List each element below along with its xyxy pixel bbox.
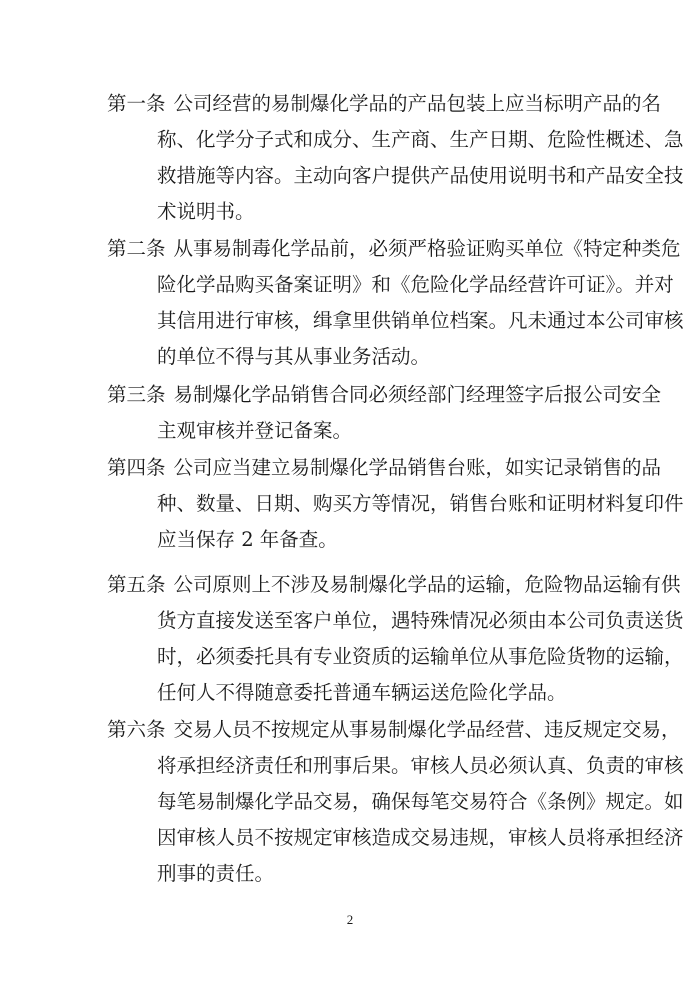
article-label: 第三条 xyxy=(107,377,166,413)
article-text-line: 因审核人员不按规定审核造成交易违规，审核人员将承担经济 xyxy=(157,820,592,856)
article-text-line: 任何人不得随意委托普通车辆运送危险化学品。 xyxy=(157,675,592,711)
article-text-line: 称、化学分子式和成分、生产商、生产日期、危险性概述、急 xyxy=(157,122,592,158)
article-text-line: 每笔易制爆化学品交易，确保每笔交易符合《条例》规定。如 xyxy=(157,784,592,820)
article-label: 第四条 xyxy=(107,450,166,486)
article-text-line: 从事易制毒化学品前，必须严格验证购买单位《特定种类危 xyxy=(174,231,681,267)
article-text-line: 公司应当建立易制爆化学品销售台账，如实记录销售的品 xyxy=(174,450,662,486)
article-text-line: 险化学品购买备案证明》和《危险化学品经营许可证》。并对 xyxy=(157,267,592,303)
article-text-line: 公司经营的易制爆化学品的产品包装上应当标明产品的名 xyxy=(174,86,662,122)
article-text-line: 时，必须委托具有专业资质的运输单位从事危险货物的运输， xyxy=(157,639,592,675)
article-text-line: 应当保存 2 年备查。 xyxy=(157,522,592,558)
article-label: 第五条 xyxy=(107,567,166,603)
article-label: 第二条 xyxy=(107,231,166,267)
article-label: 第六条 xyxy=(107,712,166,748)
article-text-line: 刑事的责任。 xyxy=(157,856,592,892)
article-first-line: 第三条 易制爆化学品销售合同必须经部门经理签字后报公司安全 xyxy=(107,377,592,413)
article-first-line: 第六条 交易人员不按规定从事易制爆化学品经营、违反规定交易， xyxy=(107,712,592,748)
article-first-line: 第四条 公司应当建立易制爆化学品销售台账，如实记录销售的品 xyxy=(107,450,592,486)
article-text-line: 救措施等内容。主动向客户提供产品使用说明书和产品安全技 xyxy=(157,158,592,194)
article-first-line: 第二条 从事易制毒化学品前，必须严格验证购买单位《特定种类危 xyxy=(107,231,592,267)
article-text-line: 术说明书。 xyxy=(157,194,592,230)
article-text-line: 易制爆化学品销售合同必须经部门经理签字后报公司安全 xyxy=(174,377,662,413)
article-text-line: 其信用进行审核，缉拿里供销单位档案。凡未通过本公司审核 xyxy=(157,303,592,339)
article-text-line: 主观审核并登记备案。 xyxy=(157,413,592,449)
article-text-line: 公司原则上不涉及易制爆化学品的运输，危险物品运输有供 xyxy=(174,567,681,603)
document-page: 第一条 公司经营的易制爆化学品的产品包装上应当标明产品的名 称、化学分子式和成分… xyxy=(0,0,700,989)
article-first-line: 第五条 公司原则上不涉及易制爆化学品的运输，危险物品运输有供 xyxy=(107,567,592,603)
article-first-line: 第一条 公司经营的易制爆化学品的产品包装上应当标明产品的名 xyxy=(107,86,592,122)
article-label: 第一条 xyxy=(107,86,166,122)
article-text-line: 种、数量、日期、购买方等情况，销售台账和证明材料复印件 xyxy=(157,486,592,522)
article-text-line: 的单位不得与其从事业务活动。 xyxy=(157,339,592,375)
article-text-line: 将承担经济责任和刑事后果。审核人员必须认真、负责的审核 xyxy=(157,748,592,784)
article-text-line: 交易人员不按规定从事易制爆化学品经营、违反规定交易， xyxy=(174,712,681,748)
article-text-line: 货方直接发送至客户单位，遇特殊情况必须由本公司负责送货 xyxy=(157,603,592,639)
page-number: 2 xyxy=(0,912,700,928)
